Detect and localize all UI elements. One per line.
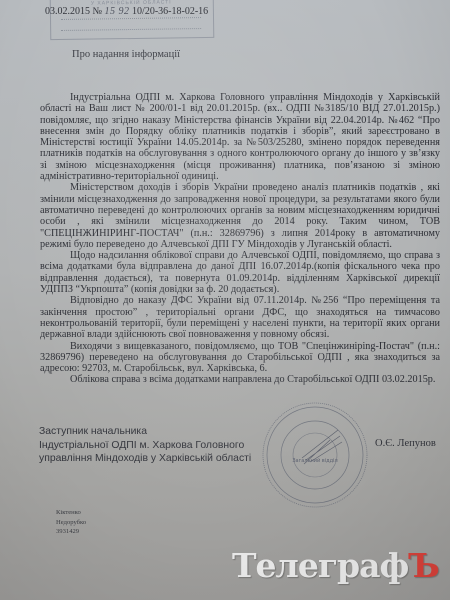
telegraf-watermark-logo: ТелеграфЪ [232,546,439,585]
document-body: Індустріальна ОДПІ м. Харкова Головного … [40,92,440,386]
document-photo: Головного управління у Харківській облас… [0,0,450,600]
signature-position: Індустріальної ОДПІ м. Харкова Головного [39,439,251,453]
paragraph: Індустріальна ОДПІ м. Харкова Головного … [40,92,440,182]
paragraph: Відповідно до наказу ДФС України від 07.… [40,295,440,340]
paragraph: Облікова справа з всіма додатками направ… [40,374,440,385]
signature-position: Заступник начальника [39,425,251,439]
document-subject: Про надання інформації [72,49,180,60]
stamp-line [61,17,201,20]
executor-phone: 3931429 [56,527,86,537]
signature-block: Заступник начальника Індустріальної ОДПІ… [39,425,251,466]
executor-name: Недорубко [56,518,86,528]
registration-date: 03.02.2015 [45,6,90,17]
executor-block: Кіктенко Недорубко 3931429 [56,508,86,537]
paragraph: Міністерством доходів і зборів України п… [40,182,440,250]
executor-name: Кіктенко [56,508,86,518]
handwritten-number: 15 92 [105,6,130,17]
registration-number: 10/20-36-18-02-16 [132,6,208,17]
paragraph: Виходячи з вищевказаного, повідомляємо, … [40,341,440,375]
signatory-name: О.Є. Лепунов [375,438,436,449]
registration-no-label: № [93,6,103,17]
signature-position: управління Міндоходів у Харківській обла… [39,452,251,466]
paragraph: Щодо надсилання облікової справи до Алче… [40,250,440,295]
stamp-line [61,28,201,31]
watermark-accent: Ъ [408,546,439,585]
registration-line: 03.02.2015 № 15 92 10/20-36-18-02-16 [45,6,208,17]
watermark-text: Телеграф [232,546,408,585]
official-seal-icon: Загальний відділ [260,400,370,510]
seal-center-text: Загальний відділ [292,457,337,464]
